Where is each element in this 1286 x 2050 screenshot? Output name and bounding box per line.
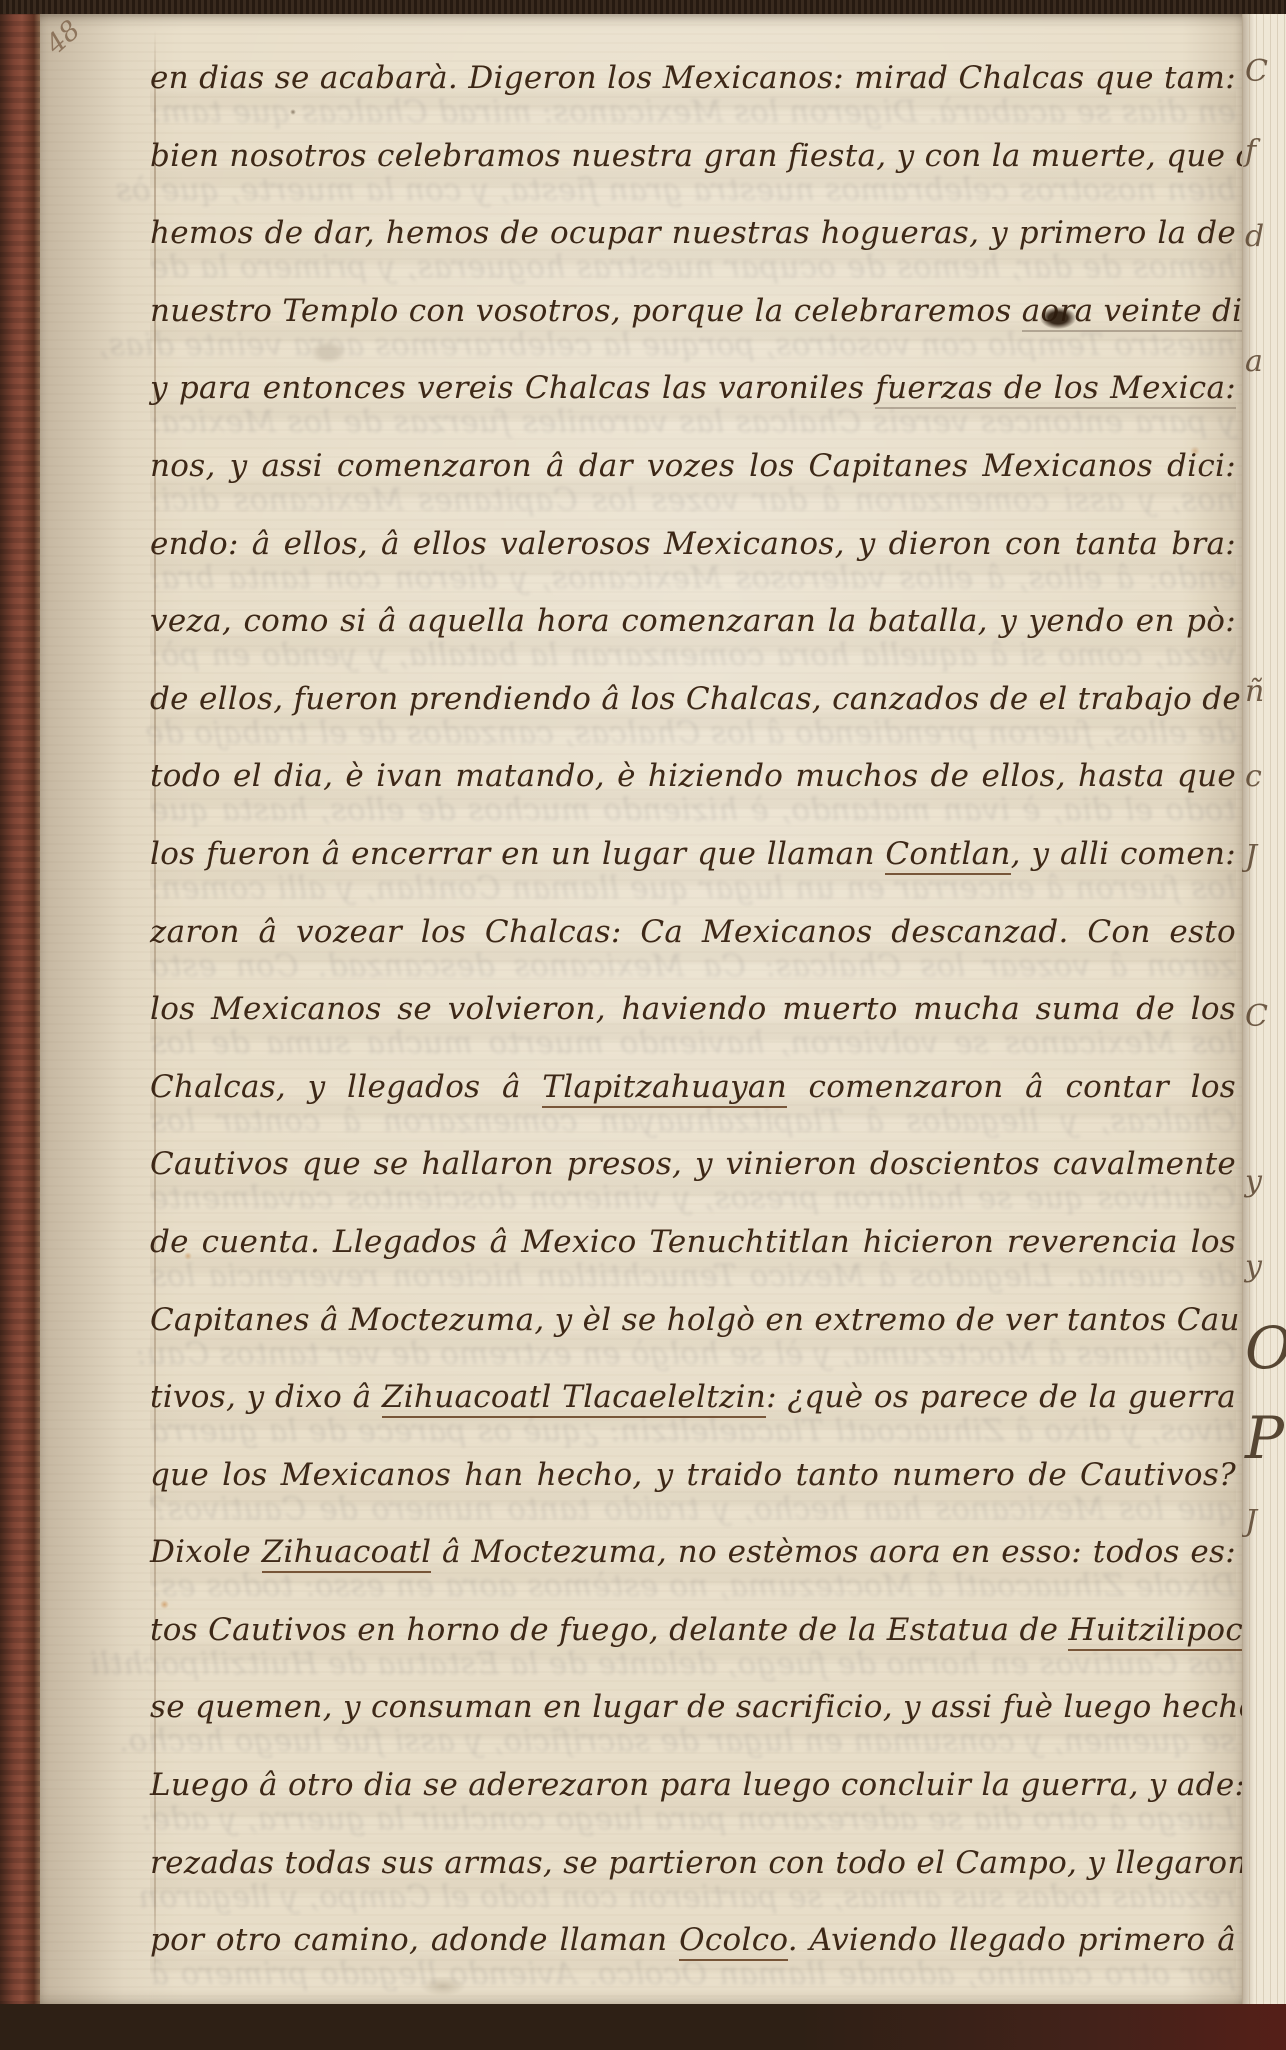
text-segment: que los Mexicanos han hecho, y traido ta… <box>150 1457 1236 1493</box>
text-segment: de cuenta. Llegados â Mexico Tenuchtitla… <box>150 1224 1236 1260</box>
text-segment: zaron â vozear los Chalcas: Ca Mexicanos… <box>150 914 1236 950</box>
manuscript-line: rezadas todas sus armas, se partieron co… <box>150 1825 1236 1903</box>
fore-edge-letter: ñ <box>1245 674 1264 709</box>
fore-edge-letter: a <box>1245 344 1263 379</box>
fore-edge-letter: C <box>1245 54 1268 89</box>
underlined-phrase: Ocolco <box>679 1922 788 1961</box>
text-segment: endo: â ellos, â ellos valerosos Mexican… <box>150 526 1236 562</box>
manuscript-line: endo: â ellos, â ellos valerosos Mexican… <box>150 506 1236 584</box>
fore-edge-letter: O <box>1245 1314 1286 1382</box>
fore-edge-letter: f <box>1245 134 1256 169</box>
fore-edge-letter: J <box>1245 839 1257 874</box>
fore-edge-letter: c <box>1245 759 1262 794</box>
text-segment: de ellos, fueron prendiendo â los Chalca… <box>150 681 1241 717</box>
manuscript-line: Capitanes â Moctezuma, y èl se holgò en … <box>150 1282 1236 1360</box>
underlined-phrase: Zihuacoatl <box>262 1534 432 1573</box>
fore-edge-letter: J <box>1245 1504 1257 1539</box>
text-segment: los fueron â encerrar en un lugar que ll… <box>150 836 885 872</box>
text-segment: bien nosotros celebramos nuestra gran fi… <box>150 138 1271 174</box>
text-segment: Dixole <box>150 1534 262 1570</box>
text-segment: comenzaron â contar los <box>787 1069 1236 1105</box>
text-segment: rezadas todas sus armas, se partieron co… <box>150 1845 1248 1881</box>
fore-edge-letter: d <box>1245 219 1264 254</box>
text-block: en dias se acabarà. Digeron los Mexicano… <box>150 40 1236 1980</box>
manuscript-line: Cautivos que se hallaron presos, y vinie… <box>150 1126 1236 1204</box>
manuscript-line: se quemen, y consuman en lugar de sacrif… <box>150 1669 1236 1747</box>
manuscript-line: zaron â vozear los Chalcas: Ca Mexicanos… <box>150 894 1236 972</box>
fore-edge-letter: y <box>1245 1249 1262 1284</box>
fore-edge-letter: C <box>1245 999 1268 1034</box>
manuscript-line: Chalcas, y llegados â Tlapitzahuayan com… <box>150 1049 1236 1127</box>
text-segment: nuestro Templo con vosotros, porque la c… <box>150 293 1022 329</box>
text-segment: tos Cautivos en horno de fuego, delante … <box>150 1612 1068 1648</box>
text-segment: en dias se acabarà. Digeron los Mexicano… <box>150 60 1236 96</box>
underlined-phrase: Zihuacoatl Tlacaeleltzin <box>382 1379 766 1418</box>
manuscript-line: de cuenta. Llegados â Mexico Tenuchtitla… <box>150 1204 1236 1282</box>
text-segment: tivos, y dixo â <box>150 1379 382 1415</box>
binding-spine-edge <box>0 14 40 2006</box>
fore-edge: CfdañcJCyyOPJ <box>1242 14 1286 2006</box>
manuscript-line: tos Cautivos en horno de fuego, delante … <box>150 1592 1236 1670</box>
text-segment: Chalcas, y llegados â <box>150 1069 542 1105</box>
underlined-phrase: aora <box>1022 293 1094 332</box>
text-segment: â Moctezuma, no estèmos aora en esso: to… <box>431 1534 1236 1570</box>
book-photo: 48 en dias se acabarà. Digeron los Mexic… <box>0 0 1286 2050</box>
manuscript-line: que los Mexicanos han hecho, y traido ta… <box>150 1437 1236 1515</box>
manuscript-line: Dixole Zihuacoatl â Moctezuma, no estèmo… <box>150 1514 1236 1592</box>
underlined-phrase: Tlapitzahuayan <box>542 1069 787 1108</box>
manuscript-line: de ellos, fueron prendiendo â los Chalca… <box>150 661 1236 739</box>
manuscript-line: y para entonces vereis Chalcas las varon… <box>150 350 1236 428</box>
cover-band-bottom <box>0 2004 1286 2050</box>
fore-edge-letter: P <box>1245 1404 1284 1472</box>
text-segment: todo el dia, è ivan matando, è hiziendo … <box>150 758 1236 794</box>
manuscript-line: hemos de dar, hemos de ocupar nuestras h… <box>150 195 1236 273</box>
manuscript-line: bien nosotros celebramos nuestra gran fi… <box>150 118 1236 196</box>
text-segment: se quemen, y consuman en lugar de sacrif… <box>150 1689 1267 1725</box>
manuscript-line: nuestro Templo con vosotros, porque la c… <box>150 273 1236 351</box>
text-segment: . Aviendo llegado primero â <box>788 1922 1236 1958</box>
text-segment: Capitanes â Moctezuma, y èl se holgò en … <box>150 1302 1251 1338</box>
manuscript-line: Luego â otro dia se aderezaron para lueg… <box>150 1747 1236 1825</box>
manuscript-line: los fueron â encerrar en un lugar que ll… <box>150 816 1236 894</box>
manuscript-line: por otro camino, adonde llaman Ocolco. A… <box>150 1902 1236 1980</box>
text-segment: y para entonces vereis Chalcas las varon… <box>150 370 875 406</box>
text-segment: por otro camino, adonde llaman <box>150 1922 679 1958</box>
text-segment: los Mexicanos se volvieron, haviendo mue… <box>150 991 1236 1027</box>
fore-edge-letter: y <box>1245 1164 1262 1199</box>
manuscript-line: en dias se acabarà. Digeron los Mexicano… <box>150 40 1236 118</box>
text-segment: hemos de dar, hemos de ocupar nuestras h… <box>150 215 1236 251</box>
text-segment: nos, y assi comenzaron â dar vozes los C… <box>150 448 1236 484</box>
text-segment: : ¿què os parece de la guerra <box>766 1379 1236 1415</box>
manuscript-line: nos, y assi comenzaron â dar vozes los C… <box>150 428 1236 506</box>
manuscript-line: los Mexicanos se volvieron, haviendo mue… <box>150 971 1236 1049</box>
text-segment: Cautivos que se hallaron presos, y vinie… <box>150 1146 1236 1182</box>
text-segment: veza, como si â aquella hora comenzaran … <box>150 603 1236 639</box>
text-segment: Luego â otro dia se aderezaron para lueg… <box>150 1767 1245 1803</box>
manuscript-line: todo el dia, è ivan matando, è hiziendo … <box>150 738 1236 816</box>
underlined-phrase: Contlan <box>885 836 1010 875</box>
manuscript-line: veza, como si â aquella hora comenzaran … <box>150 583 1236 661</box>
text-segment: , y alli comen: <box>1011 836 1236 872</box>
underlined-phrase: fuerzas de los Mexica: <box>875 370 1236 409</box>
manuscript-line: tivos, y dixo â Zihuacoatl Tlacaeleltzin… <box>150 1359 1236 1437</box>
